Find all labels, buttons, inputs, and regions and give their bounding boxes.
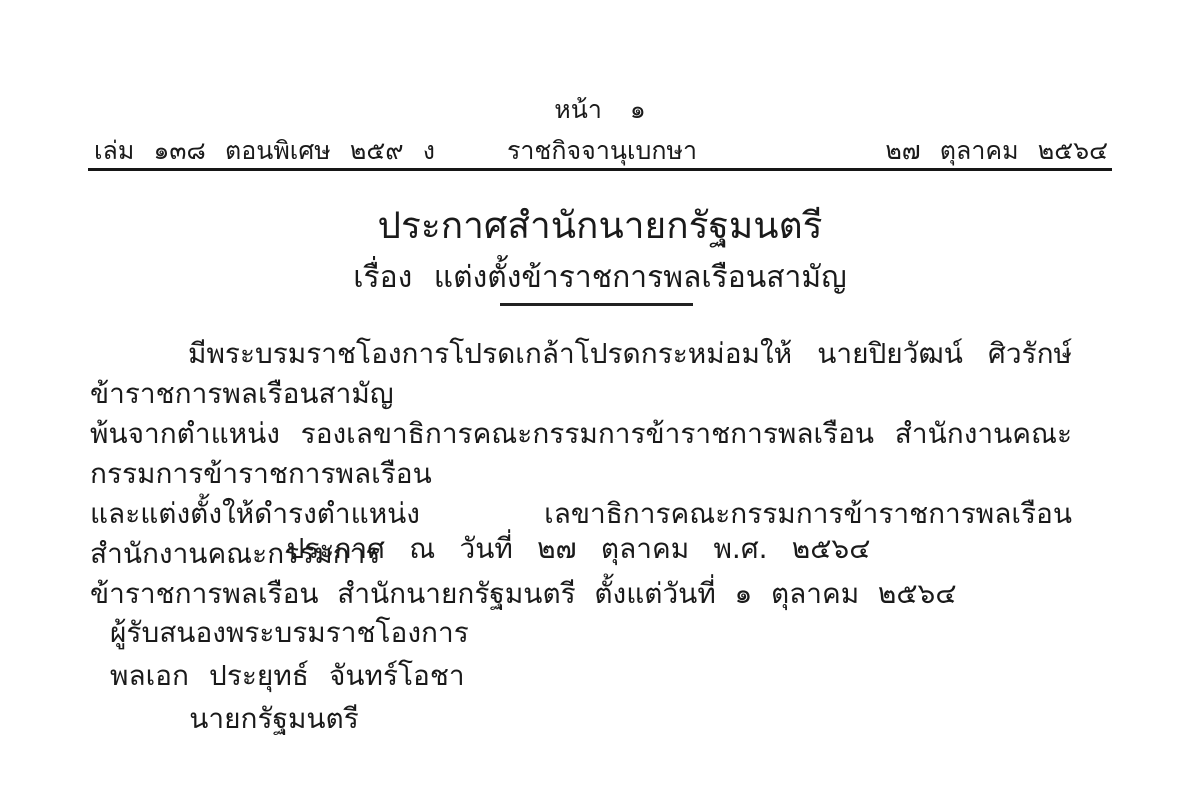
gazette-page: หน้า ๑ เล่ม ๑๓๘ ตอนพิเศษ ๒๕๙ ง ราชกิจจาน… xyxy=(0,0,1200,808)
masthead-rule xyxy=(88,168,1112,171)
announcement-subject: เรื่อง แต่งตั้งข้าราชการพลเรือนสามัญ xyxy=(0,254,1200,301)
title-divider-rule xyxy=(500,303,693,306)
announcement-title: ประกาศสำนักนายกรัฐมนตรี xyxy=(0,196,1200,255)
body-line: พ้นจากตำแหน่ง รองเลขาธิการคณะกรรมการข้าร… xyxy=(90,414,1072,494)
countersign-label: ผู้รับสนองพระบรมราชโองการ xyxy=(110,611,402,655)
masthead: เล่ม ๑๓๘ ตอนพิเศษ ๒๕๙ ง ราชกิจจานุเบกษา … xyxy=(94,131,1110,165)
body-line: ข้าราชการพลเรือน สำนักนายกรัฐมนตรี ตั้งแ… xyxy=(90,574,1072,614)
announcement-date-line: ประกาศ ณ วันที่ ๒๗ ตุลาคม พ.ศ. ๒๕๖๔ xyxy=(27,527,1130,571)
masthead-date: ๒๗ ตุลาคม ๒๕๖๔ xyxy=(885,131,1108,171)
signer-name: พลเอก ประยุทธ์ จันทร์โอชา xyxy=(110,654,402,698)
signer-title: นายกรัฐมนตรี xyxy=(128,697,420,741)
page-number-label: หน้า ๑ xyxy=(0,90,1200,130)
body-line: มีพระบรมราชโองการโปรดเกล้าโปรดกระหม่อมให… xyxy=(90,334,1072,414)
announcement-body: มีพระบรมราชโองการโปรดเกล้าโปรดกระหม่อมให… xyxy=(90,334,1072,614)
